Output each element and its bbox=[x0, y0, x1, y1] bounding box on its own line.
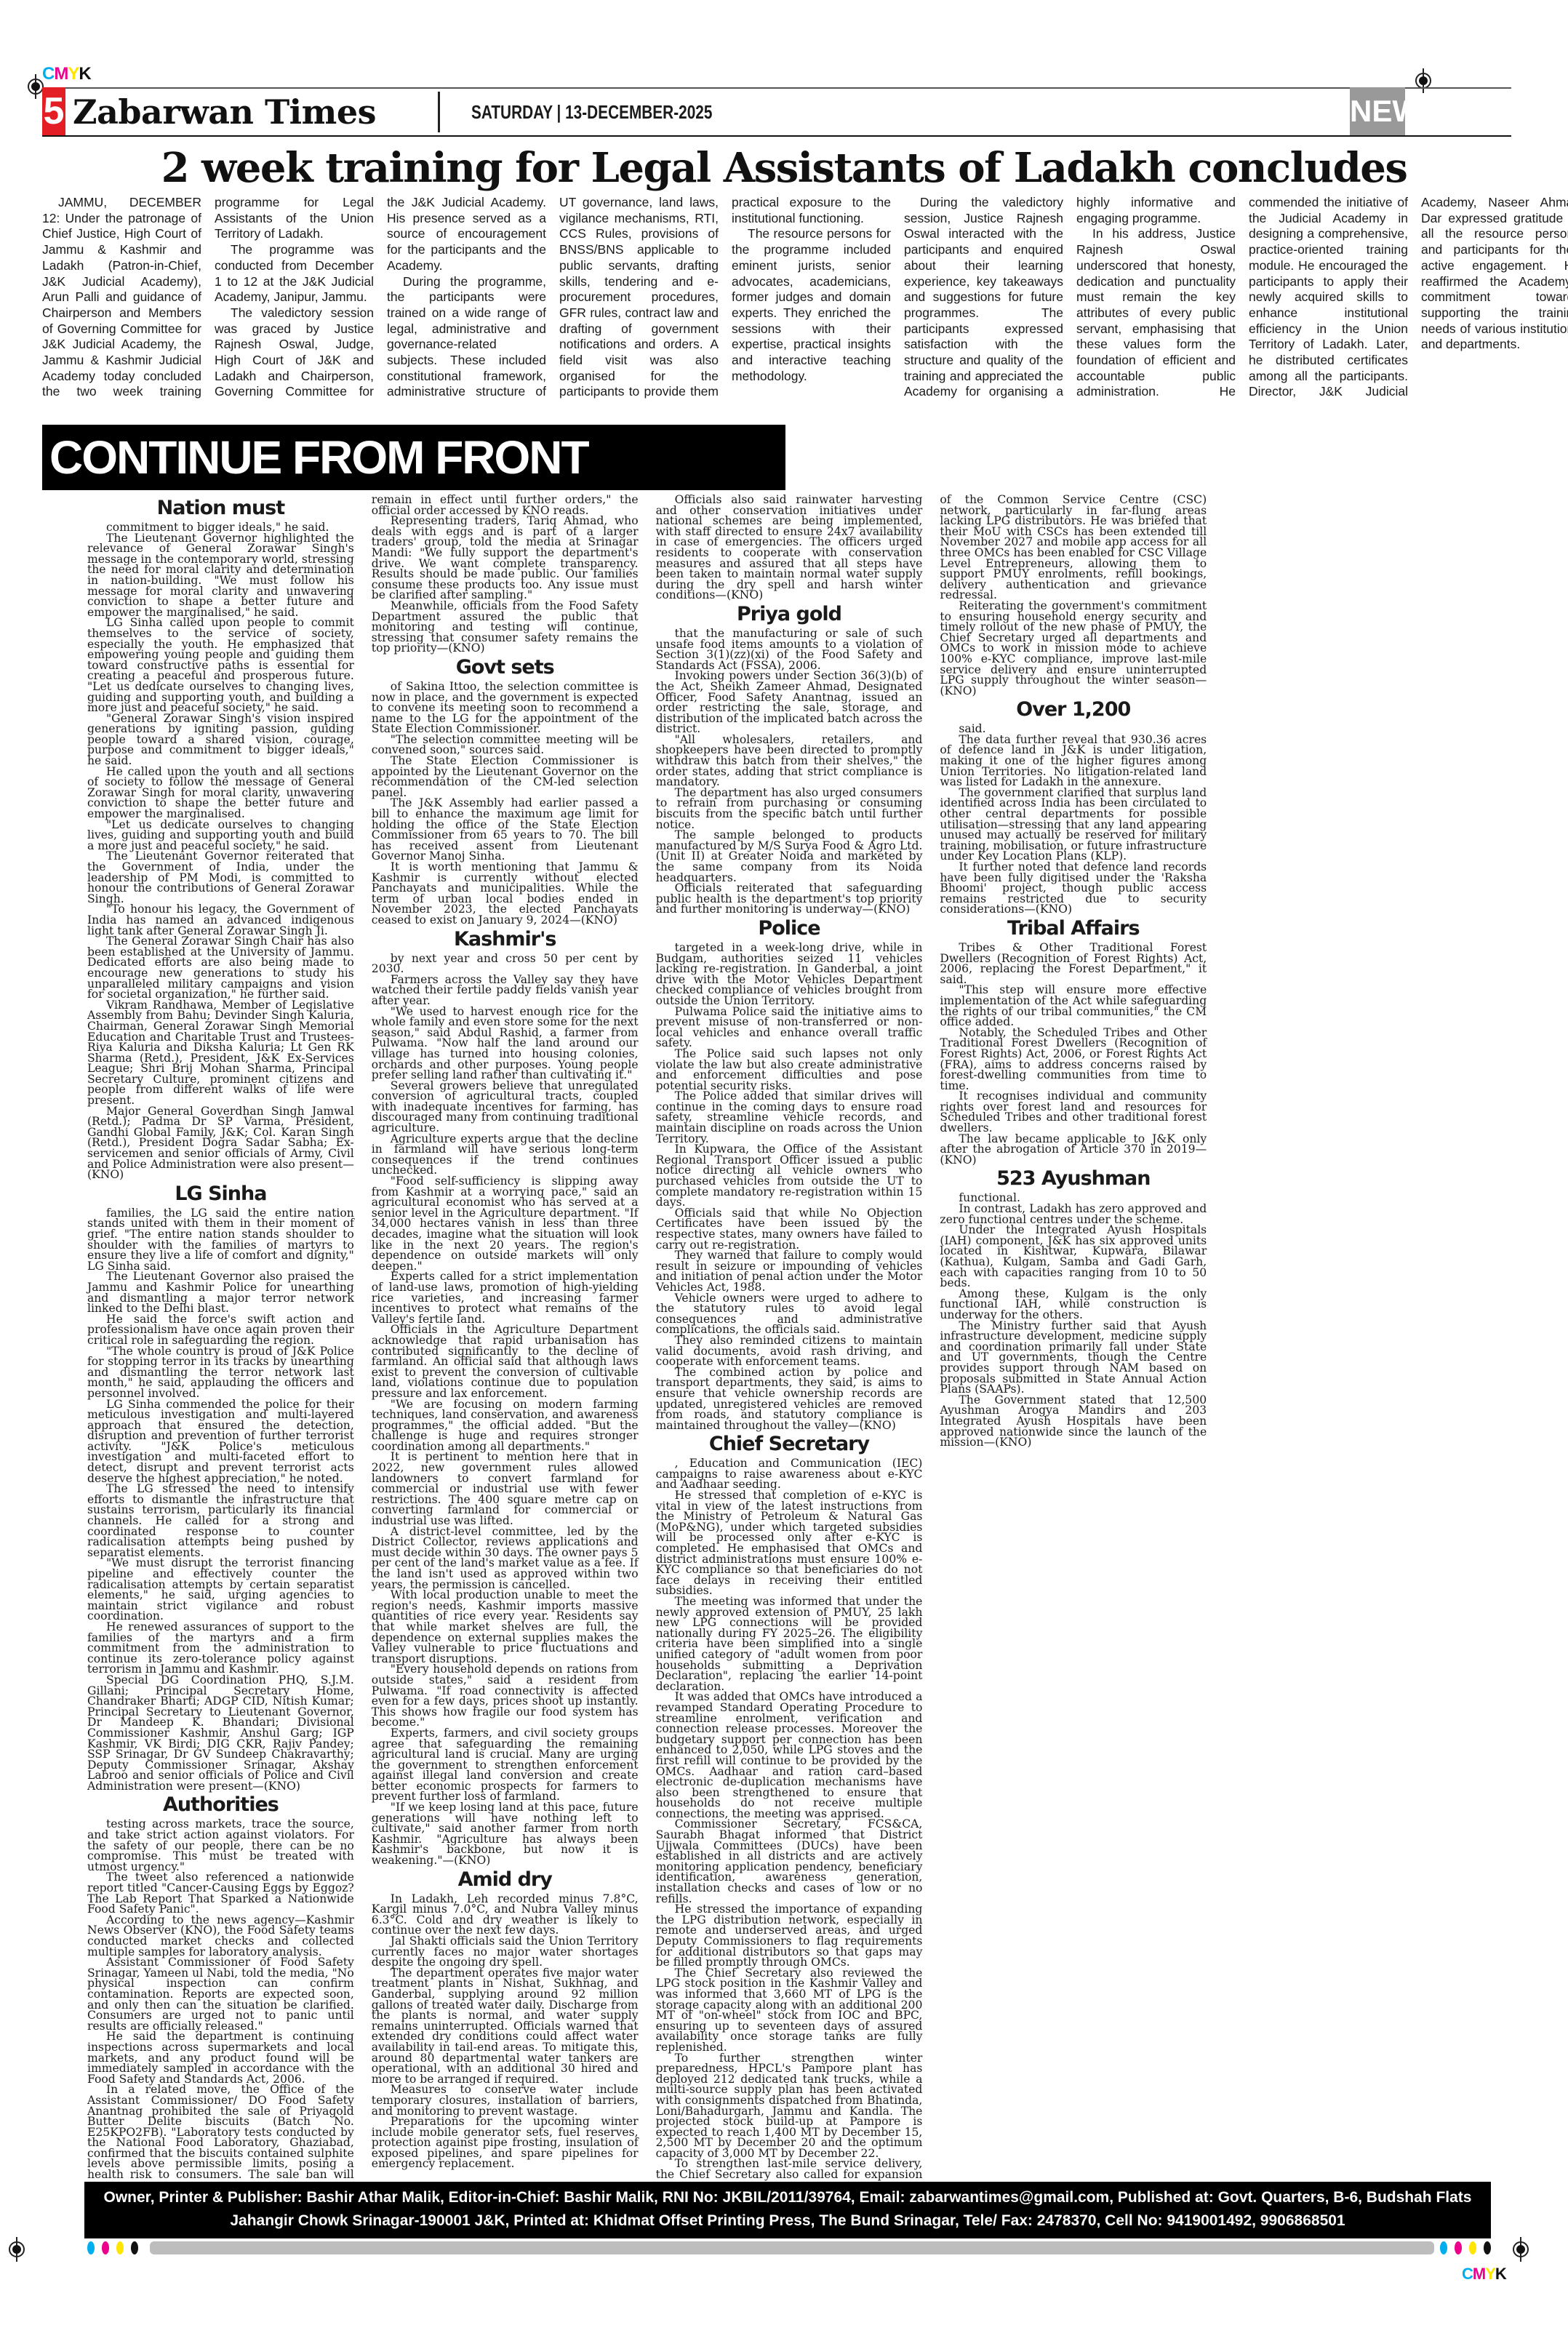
paragraph: The General Zorawar Singh Chair has also… bbox=[87, 936, 354, 1000]
paragraph: They also reminded citizens to maintain … bbox=[656, 1335, 923, 1367]
paragraph: Notably, the Scheduled Tribes and Other … bbox=[940, 1028, 1207, 1092]
gray-color-bar bbox=[150, 2241, 1434, 2254]
article-heading: 523 Ayushman bbox=[940, 1167, 1207, 1191]
paragraph: The J&K Assembly had earlier passed a bi… bbox=[372, 798, 639, 862]
paragraph: "Food self-sufficiency is slipping away … bbox=[372, 1176, 639, 1271]
paragraph: LG Sinha commended the police for their … bbox=[87, 1399, 354, 1484]
paragraph: The Lieutenant Governor also praised the… bbox=[87, 1271, 354, 1313]
paragraph: The Ministry further said that Ayush inf… bbox=[940, 1321, 1207, 1395]
paragraph: The data further reveal that 930.36 acre… bbox=[940, 735, 1207, 788]
registration-mark-icon bbox=[1415, 73, 1431, 89]
paragraph: Experts called for a strict implementati… bbox=[372, 1271, 639, 1324]
paragraph: that the manufacturing or sale of such u… bbox=[656, 628, 923, 671]
paragraph: "We used to harvest enough rice for the … bbox=[372, 1007, 639, 1081]
paragraph: "The selection committee meeting will be… bbox=[372, 735, 639, 756]
paragraph: Several growers believe that unregulated… bbox=[372, 1081, 639, 1134]
paragraph: He stressed that completion of e-KYC is … bbox=[656, 1490, 923, 1596]
paragraph: Officials reiterated that safeguarding p… bbox=[656, 883, 923, 915]
paragraph: Representing traders, Tariq Ahmad, who d… bbox=[372, 516, 639, 601]
cmyk-label-bottom: CMYK bbox=[1462, 2265, 1506, 2284]
paragraph: Major General Goverdhan Singh Jamwal (Re… bbox=[87, 1106, 354, 1180]
article-heading: Amid dry bbox=[372, 1868, 639, 1892]
article-heading: Nation must bbox=[87, 496, 354, 521]
cmyk-m: M bbox=[54, 64, 68, 84]
paragraph: Assistant Commissioner of Food Safety Sr… bbox=[87, 1957, 354, 2031]
cmyk-y: Y bbox=[68, 64, 79, 84]
paragraph: "To honour his legacy, the Government of… bbox=[87, 904, 354, 936]
paragraph: He said the force's swift action and pro… bbox=[87, 1314, 354, 1346]
paragraph: The State Election Commissioner is appoi… bbox=[372, 756, 639, 798]
registration-mark-icon bbox=[28, 79, 44, 95]
paragraph: LG Sinha called upon people to commit th… bbox=[87, 617, 354, 713]
article-heading: Police bbox=[656, 916, 923, 941]
color-dot-yellow bbox=[116, 2241, 124, 2254]
imprint-footer: Owner, Printer & Publisher: Bashir Athar… bbox=[84, 2182, 1491, 2238]
paragraph: In his address, Justice Rajnesh Oswal un… bbox=[1076, 195, 1568, 406]
article-heading: Tribal Affairs bbox=[940, 916, 1207, 941]
cmyk-c: C bbox=[1462, 2265, 1473, 2283]
paragraph: In Kupwara, the Office of the Assistant … bbox=[656, 1144, 923, 1208]
paragraph: The Lieutenant Governor reiterated that … bbox=[87, 851, 354, 904]
imprint-line-1: Owner, Printer & Publisher: Bashir Athar… bbox=[84, 2186, 1491, 2209]
paragraph: Officials also said rainwater harvesting… bbox=[656, 495, 923, 601]
paragraph: Pulwama Police said the initiative aims … bbox=[656, 1007, 923, 1049]
color-dot-magenta bbox=[102, 2241, 109, 2254]
masthead-divider bbox=[438, 92, 440, 132]
paragraph: families, the LG said the entire nation … bbox=[87, 1208, 354, 1272]
paragraph: Experts, farmers, and civil society grou… bbox=[372, 1728, 639, 1802]
paragraph: The sample belonged to products manufact… bbox=[656, 830, 923, 883]
paragraph: The Police added that similar drives wil… bbox=[656, 1091, 923, 1144]
paragraph: Meanwhile, officials from the Food Safet… bbox=[372, 601, 639, 654]
paragraph: Measures to conserve water include tempo… bbox=[372, 2084, 639, 2116]
paragraph: Among these, Kulgam is the only function… bbox=[940, 1289, 1207, 1321]
cmyk-c: C bbox=[42, 64, 54, 84]
paragraph: A district-level committee, led by the D… bbox=[372, 1526, 639, 1590]
paragraph: He renewed assurances of support to the … bbox=[87, 1622, 354, 1675]
continued-articles: Nation mustcommitment to bigger ideals,"… bbox=[87, 495, 1491, 2185]
paragraph: Jal Shakti officials said the Union Terr… bbox=[372, 1936, 639, 1968]
continued-banner: CONTINUE FROM FRONT PAGE...... bbox=[42, 425, 785, 490]
paragraph: The Chief Secretary also reviewed the LP… bbox=[656, 1968, 923, 2053]
color-dot-cyan bbox=[1440, 2241, 1447, 2254]
paragraph: He stressed the importance of expanding … bbox=[656, 1904, 923, 1968]
registration-mark-icon bbox=[9, 2241, 25, 2257]
paragraph: The tweet also referenced a nationwide r… bbox=[87, 1872, 354, 1914]
paragraph: The Lieutenant Governor highlighted the … bbox=[87, 533, 354, 618]
top-story-headline: 2 week training for Legal Assistants of … bbox=[0, 143, 1568, 193]
paragraph: It recognises individual and community r… bbox=[940, 1091, 1207, 1133]
article-heading: Over 1,200 bbox=[940, 697, 1207, 722]
article-heading: Authorities bbox=[87, 1793, 354, 1817]
paragraph: According to the news agency—Kashmir New… bbox=[87, 1915, 354, 1957]
paragraph: It further noted that defence land recor… bbox=[940, 862, 1207, 915]
paragraph: It is worth mentioning that Jammu & Kash… bbox=[372, 862, 639, 926]
paragraph: Under the Integrated Ayush Hospitals (IA… bbox=[940, 1225, 1207, 1289]
section-tag: NEWS bbox=[1350, 87, 1405, 135]
paragraph: He called upon the youth and all section… bbox=[87, 767, 354, 820]
paragraph: Officials in the Agriculture Department … bbox=[372, 1324, 639, 1398]
paragraph: , Education and Communication (IEC) camp… bbox=[656, 1458, 923, 1490]
article-heading: Kashmir's bbox=[372, 927, 639, 952]
paragraph: The Police said such lapses not only vio… bbox=[656, 1049, 923, 1091]
cmyk-m: M bbox=[1473, 2265, 1485, 2283]
article-heading: Chief Secretary bbox=[656, 1432, 923, 1457]
paragraph: Preparations for the upcoming winter inc… bbox=[372, 2116, 639, 2169]
paragraph: With local production unable to meet the… bbox=[372, 1590, 639, 1664]
paragraph: The department has also urged consumers … bbox=[656, 788, 923, 830]
cmyk-label-top: CMYK bbox=[42, 64, 91, 84]
paragraph: Tribes & Other Traditional Forest Dwelle… bbox=[940, 943, 1207, 985]
paragraph: testing across markets, trace the source… bbox=[87, 1819, 354, 1872]
paragraph: of Sakina Ittoo, the selection committee… bbox=[372, 681, 639, 735]
registration-mark-icon bbox=[1513, 2241, 1529, 2257]
page-number: 5 bbox=[42, 87, 65, 135]
paragraph: Special DG Coordination PHQ, S.J.M. Gill… bbox=[87, 1675, 354, 1792]
paragraph: The department operates five major water… bbox=[372, 1968, 639, 2085]
paragraph: The meeting was informed that under the … bbox=[656, 1596, 923, 1692]
paragraph: Officials said that while No Objection C… bbox=[656, 1208, 923, 1250]
imprint-line-2: Jahangir Chowk Srinagar-190001 J&K, Prin… bbox=[84, 2209, 1491, 2233]
paragraph: "The whole country is proud of J&K Polic… bbox=[87, 1346, 354, 1399]
paragraph: Reiterating the government's commitment … bbox=[940, 601, 1207, 696]
paragraph: "All wholesalers, retailers, and shopkee… bbox=[656, 735, 923, 788]
color-dot-cyan bbox=[87, 2241, 95, 2254]
paragraph: Vehicle owners were urged to adhere to t… bbox=[656, 1293, 923, 1335]
cmyk-y: Y bbox=[1485, 2265, 1495, 2283]
paragraph: Farmers across the Valley say they have … bbox=[372, 975, 639, 1007]
cmyk-k: K bbox=[79, 64, 90, 84]
paragraph: He said the department is continuing ins… bbox=[87, 2031, 354, 2084]
article-heading: Govt sets bbox=[372, 655, 639, 680]
color-dot-black bbox=[131, 2241, 138, 2254]
paragraph: "General Zorawar Singh's vision inspired… bbox=[87, 713, 354, 767]
paragraph: targeted in a week-long drive, while in … bbox=[656, 943, 923, 1007]
paragraph: The combined action by police and transp… bbox=[656, 1367, 923, 1431]
cmyk-k: K bbox=[1495, 2265, 1506, 2283]
paragraph: In contrast, Ladakh has zero approved an… bbox=[940, 1204, 1207, 1225]
paragraph: They warned that failure to comply would… bbox=[656, 1250, 923, 1292]
paragraph: The LG stressed the need to intensify ef… bbox=[87, 1484, 354, 1558]
paragraph: The resource persons for the programme i… bbox=[732, 226, 891, 384]
color-dot-black bbox=[1484, 2241, 1491, 2254]
paragraph: It was added that OMCs have introduced a… bbox=[656, 1692, 923, 1819]
paragraph: The law became applicable to J&K only af… bbox=[940, 1134, 1207, 1166]
paragraph: The programme was conducted from Decembe… bbox=[215, 242, 374, 305]
paragraph: It is pertinent to mention here that in … bbox=[372, 1452, 639, 1526]
paragraph: Vikram Randhawa, Member of Legislative A… bbox=[87, 1000, 354, 1106]
color-dot-magenta bbox=[1455, 2241, 1462, 2254]
paragraph: "Let us dedicate ourselves to changing l… bbox=[87, 820, 354, 852]
newspaper-title: Zabarwan Times bbox=[73, 89, 376, 135]
paragraph: "We must disrupt the terrorist financing… bbox=[87, 1558, 354, 1622]
paragraph: In Ladakh, Leh recorded minus 7.8°C, Kar… bbox=[372, 1894, 639, 1936]
paragraph: The government clarified that surplus la… bbox=[940, 788, 1207, 862]
article-heading: LG Sinha bbox=[87, 1182, 354, 1206]
top-story-body: JAMMU, DECEMBER 12: Under the patronage … bbox=[42, 195, 1408, 406]
paragraph: The Government stated that 12,500 Ayushm… bbox=[940, 1395, 1207, 1448]
paragraph: by next year and cross 50 per cent by 20… bbox=[372, 953, 639, 975]
paragraph: Agriculture experts argue that the decli… bbox=[372, 1134, 639, 1176]
paragraph: Commissioner Secretary, FCS&CA, Saurabh … bbox=[656, 1819, 923, 1904]
paragraph: "If we keep losing land at this pace, fu… bbox=[372, 1802, 639, 1866]
paragraph: "This step will ensure more effective im… bbox=[940, 985, 1207, 1027]
article-heading: Priya gold bbox=[656, 602, 923, 627]
paragraph: "Every household depends on rations from… bbox=[372, 1664, 639, 1728]
paragraph: Invoking powers under Section 36(3)(b) o… bbox=[656, 671, 923, 735]
paragraph: "We are focusing on modern farming techn… bbox=[372, 1399, 639, 1452]
issue-date: SATURDAY | 13-DECEMBER-2025 bbox=[471, 89, 712, 135]
color-dot-yellow bbox=[1469, 2241, 1476, 2254]
paragraph: To further strengthen winter preparednes… bbox=[656, 2053, 923, 2159]
